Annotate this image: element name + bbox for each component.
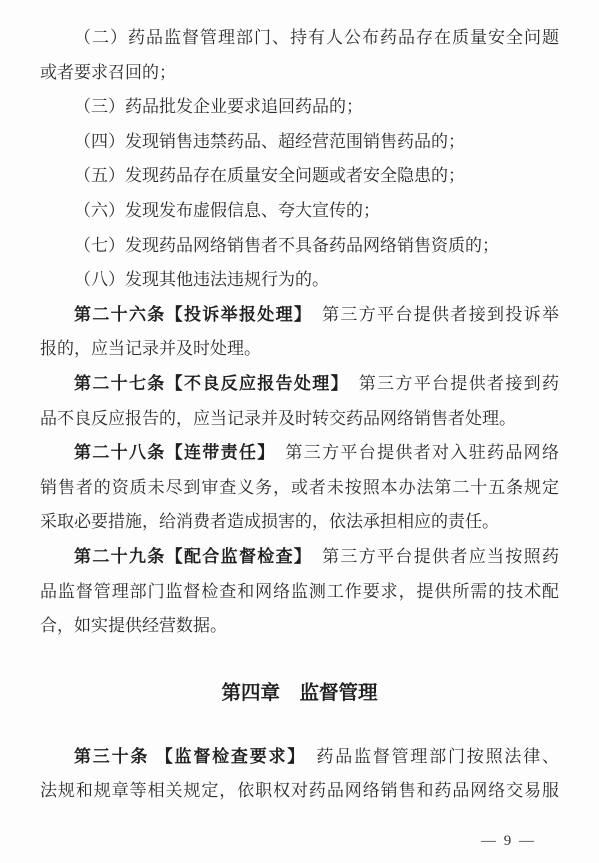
article-heading: 第二十六条【投诉举报处理】 [74,305,304,324]
text-line: （三）药品批发企业要求追回药品的； [40,90,559,125]
line-text: （五）发现药品存在质量安全问题或者安全隐患的； [74,166,465,185]
text-line: 或者要求召回的； [40,56,559,91]
line-text: （四）发现销售违禁药品、超经营范围销售药品的； [74,132,465,151]
line-text: 法规和规章等相关规定，依职权对药品网络销售和药品网络交易服 [40,781,559,800]
text-line: 第二十八条【连带责任】 第三方平台提供者对入驻药品网络 [40,436,559,471]
text-line: 第二十九条【配合监督检查】 第三方平台提供者应当按照药 [40,540,559,575]
text-line: 合，如实提供经营数据。 [40,609,559,644]
line-text: 第三方平台提供者接到药 [340,374,559,393]
article-heading: 第二十九条【配合监督检查】 [74,547,304,566]
article-heading: 第二十七条【不良反应报告处理】 [74,374,340,393]
text-line: （五）发现药品存在质量安全问题或者安全隐患的； [40,159,559,194]
text-line: （八）发现其他违法违规行为的。 [40,263,559,298]
line-text: 第三方平台提供者应当按照药 [304,547,559,566]
line-text: （二）药品监督管理部门、持有人公布药品存在质量安全问题 [74,28,559,47]
text-line: 第二十六条【投诉举报处理】 第三方平台提供者接到投诉举 [40,298,559,333]
text-line: （二）药品监督管理部门、持有人公布药品存在质量安全问题 [40,21,559,56]
article-heading: 第二十八条【连带责任】 [74,443,267,462]
text-line: （四）发现销售违禁药品、超经营范围销售药品的； [40,125,559,160]
article-heading: 第三十条 【监督检查要求】 [74,747,298,766]
text-line: 销售者的资质未尽到审查义务，或者未按照本办法第二十五条规定 [40,471,559,506]
line-text: （八）发现其他违法违规行为的。 [74,270,329,289]
text-line: 法规和规章等相关规定，依职权对药品网络销售和药品网络交易服 [40,774,559,809]
document-body: （二）药品监督管理部门、持有人公布药品存在质量安全问题 或者要求召回的； （三）… [40,21,559,809]
page-number: — 9 — [481,831,536,851]
line-text: 第三方平台提供者接到投诉举 [304,305,559,324]
line-text: （七）发现药品网络销售者不具备药品网络销售资质的； [74,236,499,255]
line-text: 品监督管理部门监督检查和网络监测工作要求，提供所需的技术配 [40,582,559,601]
line-text: 品不良反应报告的，应当记录并及时转交药品网络销售者处理。 [40,409,516,428]
text-line: 第三十条 【监督检查要求】 药品监督管理部门按照法律、 [40,740,559,775]
text-line: 品监督管理部门监督检查和网络监测工作要求，提供所需的技术配 [40,575,559,610]
text-line: 报的，应当记录并及时处理。 [40,332,559,367]
document-page: （二）药品监督管理部门、持有人公布药品存在质量安全问题 或者要求召回的； （三）… [0,0,599,863]
text-line: （七）发现药品网络销售者不具备药品网络销售资质的； [40,229,559,264]
line-text: 报的，应当记录并及时处理。 [40,339,261,358]
line-text: 销售者的资质未尽到审查义务，或者未按照本办法第二十五条规定 [40,478,559,497]
line-text: 合，如实提供经营数据。 [40,616,227,635]
line-text: 药品监督管理部门按照法律、 [298,747,559,766]
line-text: （三）药品批发企业要求追回药品的； [74,97,363,116]
chapter-heading: 第四章 监督管理 [40,675,559,711]
line-text: 采取必要措施，给消费者造成损害的，依法承担相应的责任。 [40,512,499,531]
text-line: 采取必要措施，给消费者造成损害的，依法承担相应的责任。 [40,505,559,540]
line-text: 第三方平台提供者对入驻药品网络 [267,443,559,462]
line-text: （六）发现发布虚假信息、夸大宣传的； [74,201,380,220]
line-text: 或者要求召回的； [40,63,176,82]
text-line: （六）发现发布虚假信息、夸大宣传的； [40,194,559,229]
text-line: 品不良反应报告的，应当记录并及时转交药品网络销售者处理。 [40,402,559,437]
text-line: 第二十七条【不良反应报告处理】 第三方平台提供者接到药 [40,367,559,402]
